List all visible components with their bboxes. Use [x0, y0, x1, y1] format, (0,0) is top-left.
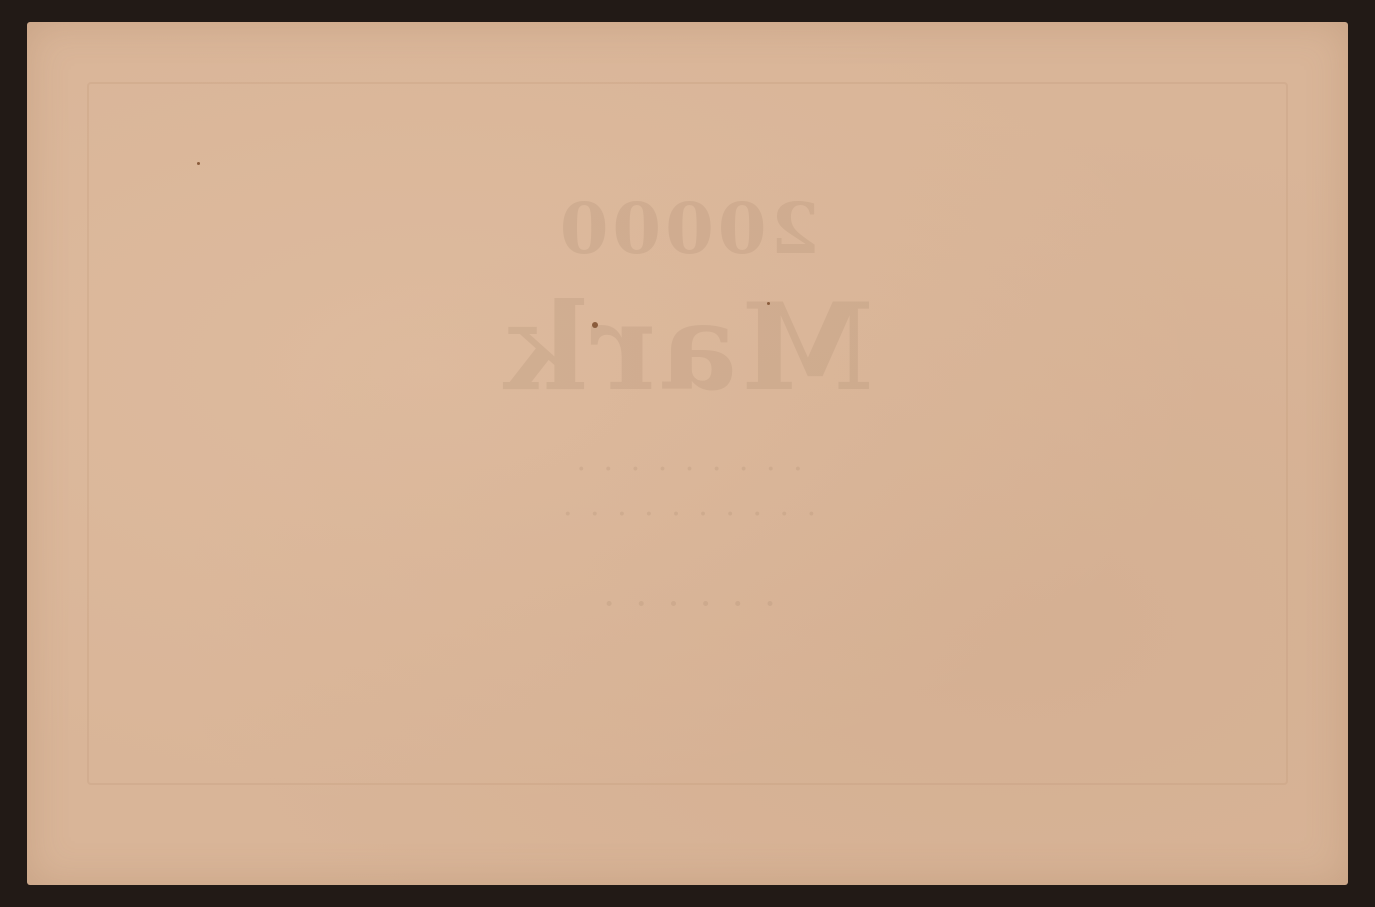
ghost-denomination: 20000	[27, 187, 1348, 270]
paper-speck	[197, 162, 200, 165]
ghost-text-line: · · · · · ·	[27, 582, 1348, 626]
ghost-title: Mark	[27, 277, 1348, 418]
paper-speck	[592, 322, 598, 328]
paper-note: 20000 Mark · · · · · · · · · · · · · · ·…	[27, 22, 1348, 885]
ghost-text-line: · · · · · · · · · ·	[27, 497, 1348, 532]
paper-speck	[767, 302, 770, 305]
ghost-text-line: · · · · · · · · ·	[27, 452, 1348, 487]
